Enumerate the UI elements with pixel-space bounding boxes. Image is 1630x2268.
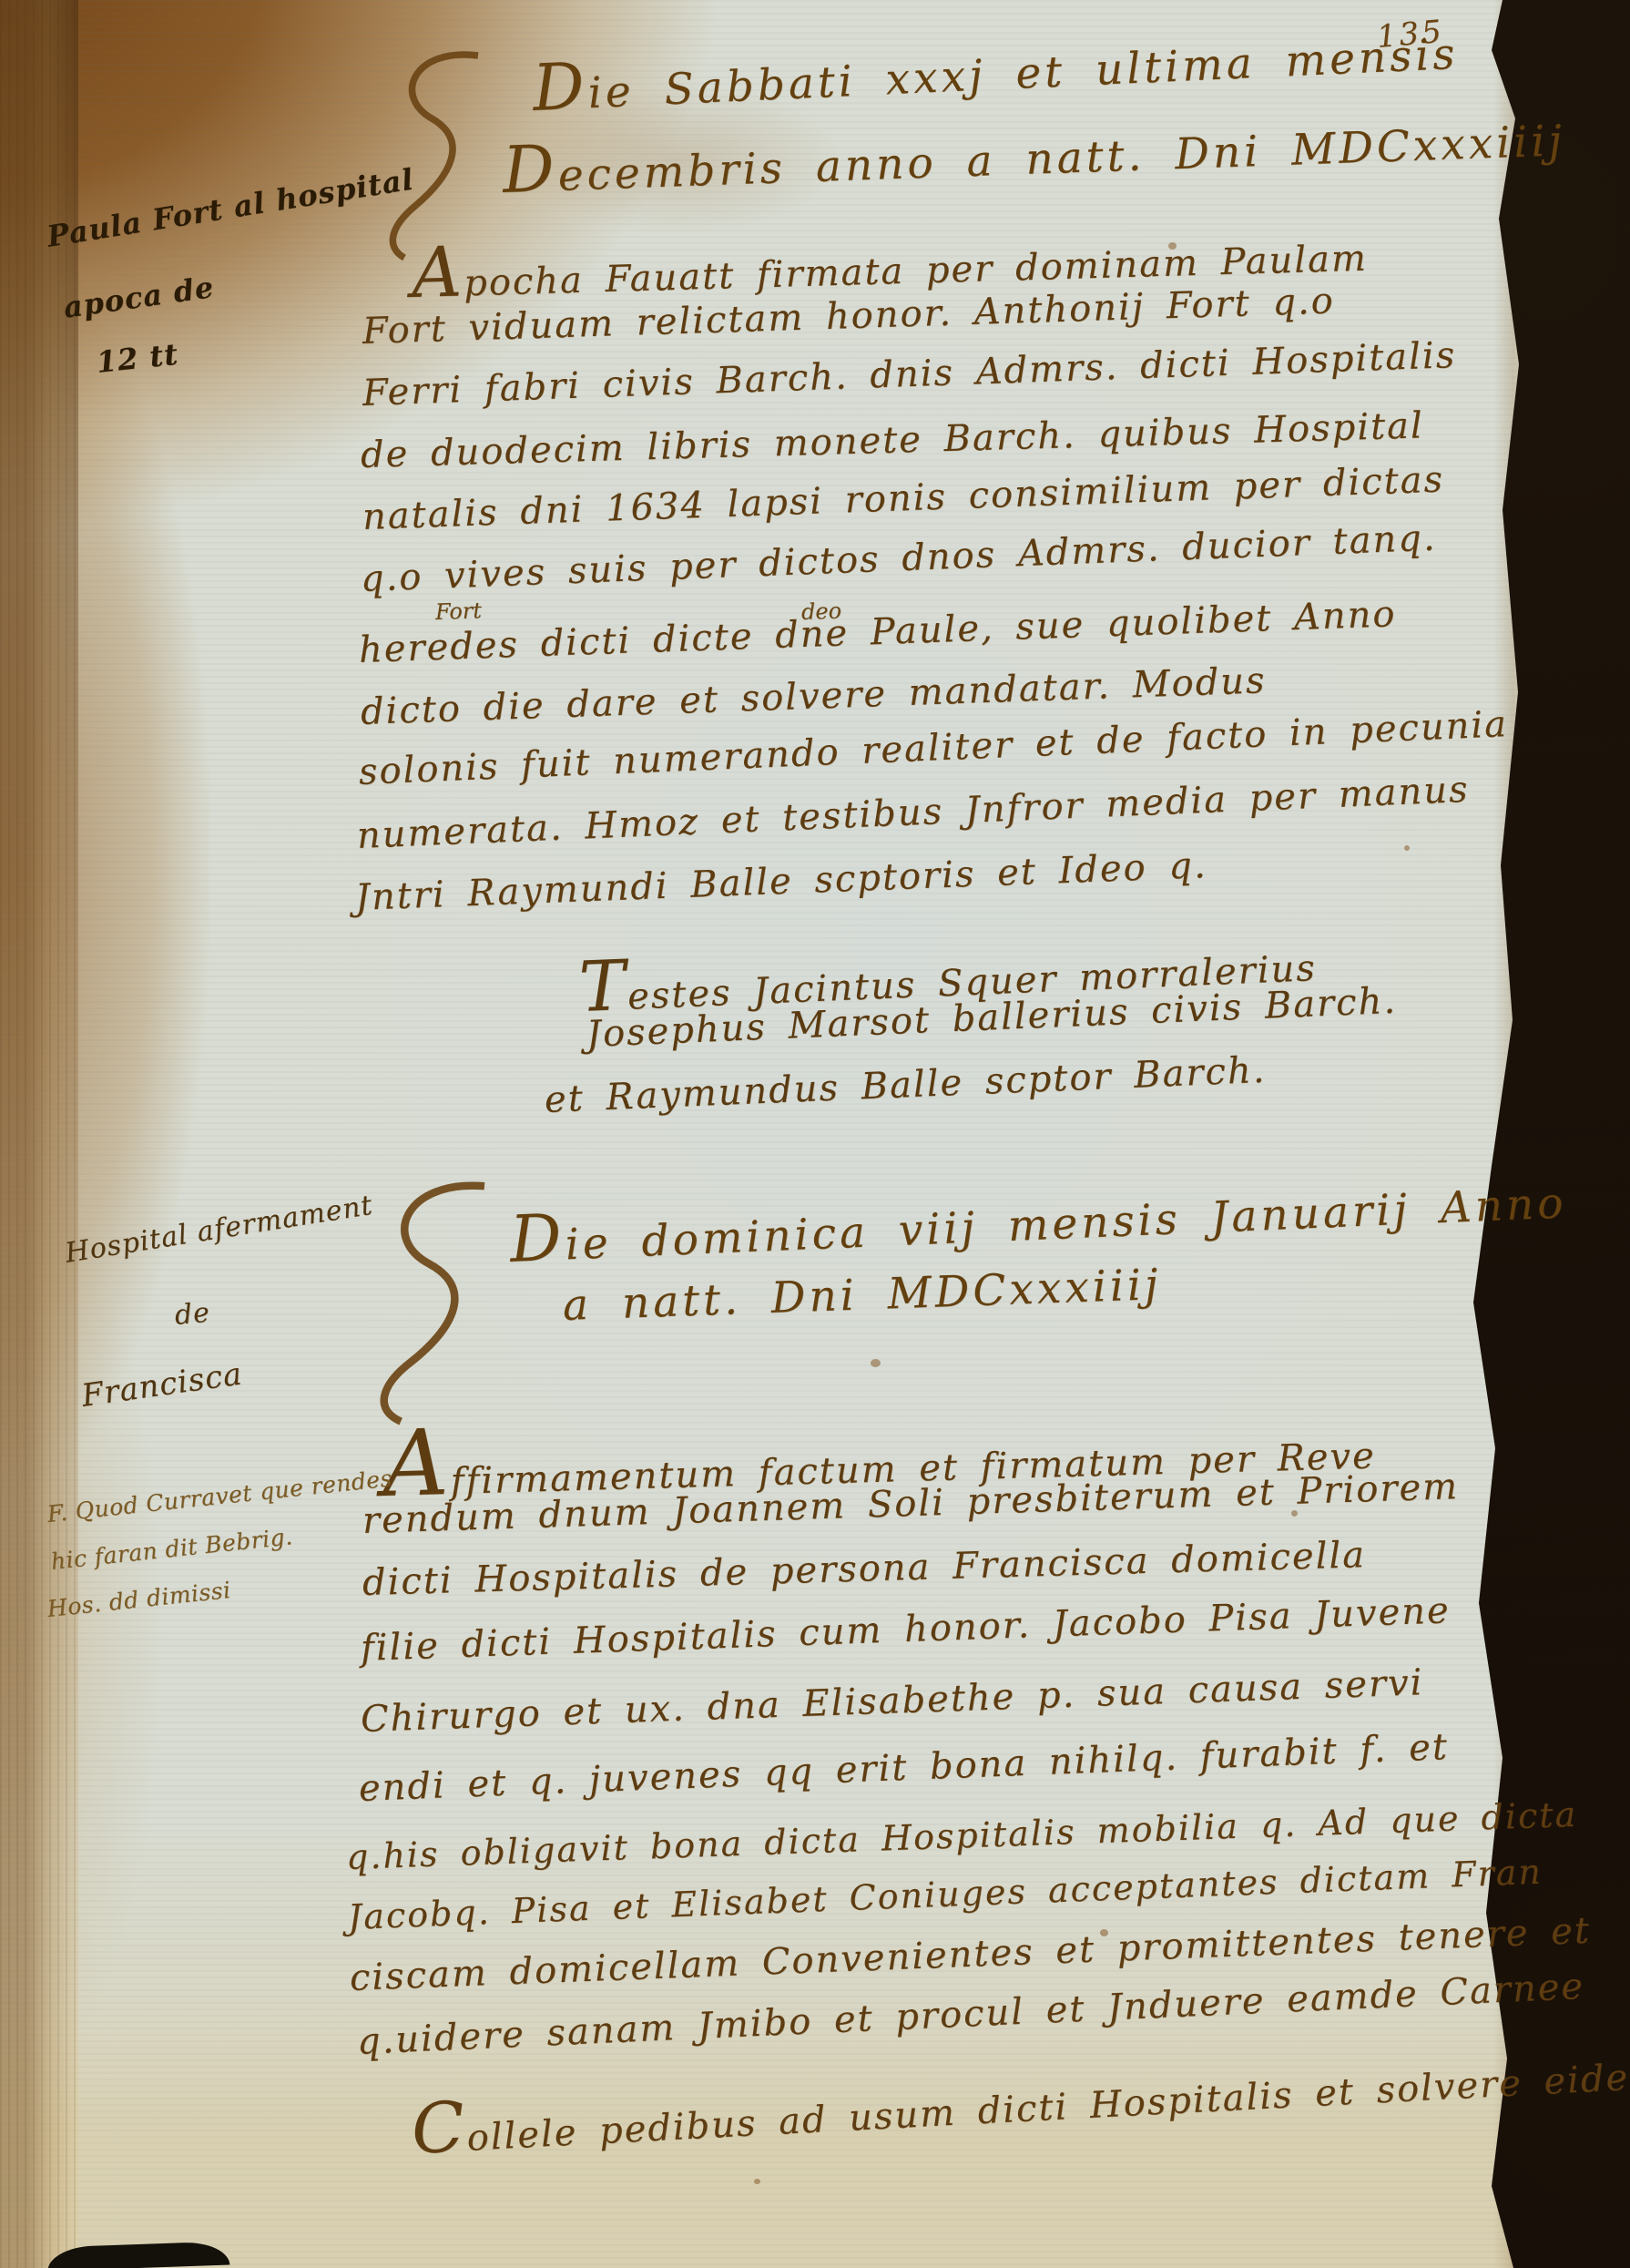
margin-note-line: de: [174, 1300, 211, 1330]
foxing-spot: [1404, 845, 1410, 851]
interlinear-insertion: Fort: [435, 599, 483, 623]
foxing-spot: [871, 1359, 881, 1367]
book-binding-edge: [0, 0, 78, 2268]
manuscript-photo: { "document": { "kind": "notarial regist…: [0, 0, 1630, 2268]
margin-note-line: 12 tt: [95, 340, 179, 377]
paraph-flourish-icon: [361, 1173, 515, 1428]
foxing-spot: [754, 2179, 760, 2184]
